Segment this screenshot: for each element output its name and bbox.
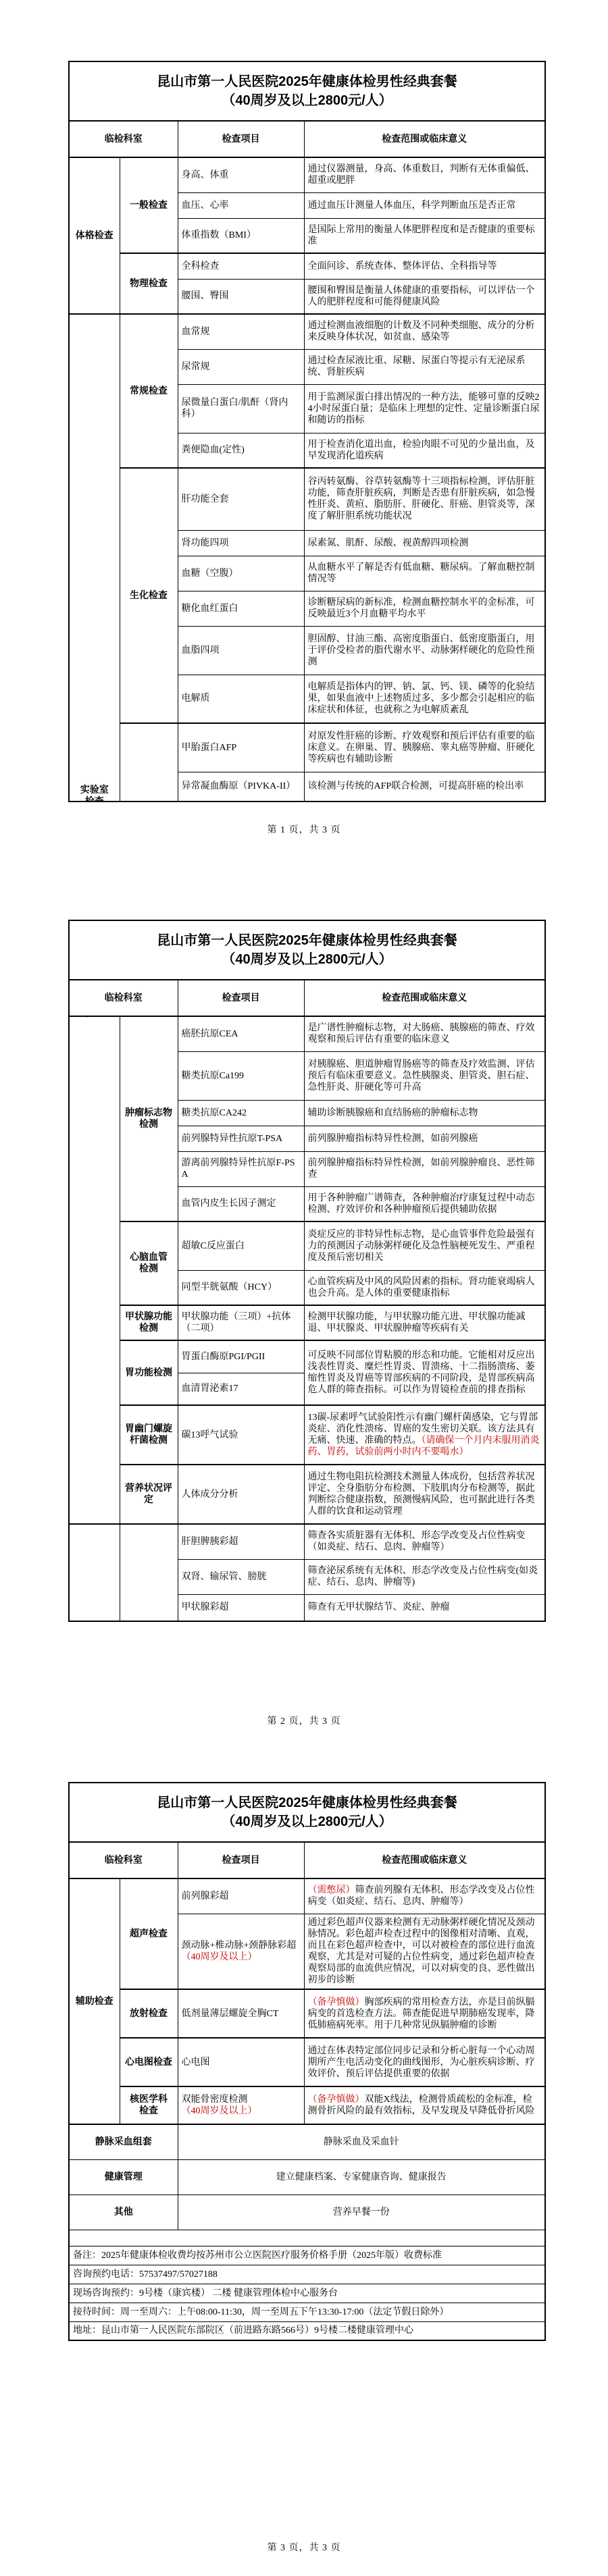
desc-text: 筛查各实质脏器有无体积、形态学改变及占位性病变（如炎症、结石、息肉、肿瘤等）: [308, 1531, 526, 1552]
note-cell: 现场咨询预约：9号楼（康宾楼） 二楼 健康管理体检中心服务台: [69, 2284, 545, 2303]
item-label: 游离前列腺特异性抗原F-PSA: [182, 1158, 295, 1180]
desc-cell: 对原发性肝癌的诊断、疗效观察和预后评估有重要的临床意义。在卵巢、胃、胰腺癌、睾丸…: [304, 723, 545, 772]
desc-cell: 心血管疾病及中风的风险因素的指标。肾功能衰竭病人也会升高。是人体的重要健康指标: [304, 1270, 545, 1305]
desc-cell: 是广谱性肿瘤标志物，对大肠癌、胰腺癌的筛查、疗效观察和预后评估有重要的临床意义: [304, 1016, 545, 1051]
label-line: 检测: [124, 1323, 174, 1334]
item-cell: 胃蛋白酶原PGI/PGII: [178, 1340, 304, 1373]
label-line: 检测: [124, 1263, 174, 1275]
label-line: 定: [124, 1494, 174, 1506]
dept-group-cell: 体格检查: [69, 157, 120, 314]
label-line: 胃功能检测: [124, 1367, 174, 1379]
desc-text: 通过仪器测量，身高、体重数目，判断有无体重偏低、超重或肥胖: [308, 164, 535, 186]
item-cell: 全科检查: [178, 253, 304, 279]
subdept-cell: [120, 1524, 178, 1621]
item-label: 腰围、臀围: [182, 291, 229, 301]
item-cell: 身高、体重: [178, 157, 304, 192]
desc-text: 辅助诊断胰腺癌和直结肠癌的肿瘤标志物: [308, 1108, 478, 1118]
summary-value-cell: 静脉采血及采血针: [178, 2124, 545, 2159]
header-meaning-cell: 检查范围或临床意义: [304, 1842, 545, 1878]
summary-label-cell: 其他: [69, 2194, 178, 2230]
desc-cell: 谷丙转氨酶、谷草转氨酶等十三项指标检测，评估肝脏功能，筛查肝脏疾病，判断是否患有…: [304, 468, 545, 530]
checkup-table-page-3: 昆山市第一人民医院2025年健康体检男性经典套餐（40周岁及以上2800元/人）…: [68, 1782, 546, 2341]
page-title-line: 昆山市第一人民医院2025年健康体检男性经典套餐: [72, 931, 542, 950]
desc-text: 通过生物电阻抗检测技术测量人体成份，包括营养状况评定、全身脂肪分布检测、下肢肌肉…: [308, 1472, 535, 1517]
label-line: 检查: [70, 796, 120, 801]
desc-cell: 全面问诊、系统查体、整体评估、全科指导等: [304, 253, 545, 279]
summary-value-cell: 建立健康档案、专家健康咨询、健康报告: [178, 2159, 545, 2194]
note-cell: 咨询预约电话：57537497/57027188: [69, 2265, 545, 2284]
item-cell: 双能骨密度检测（40周岁及以上）: [178, 2086, 304, 2124]
label-line: 检测: [124, 1119, 174, 1130]
item-label: 心电图: [182, 2057, 210, 2068]
item-cell: 甲胎蛋白AFP: [178, 723, 304, 772]
label-line: 营养状况评: [124, 1483, 174, 1494]
desc-text: 筛查泌尿系统有无体积、形态学改变及占位性病变(如炎症、结石、息肉、肿瘤等): [308, 1566, 538, 1587]
item-label: 双肾、输尿管、膀胱: [182, 1572, 267, 1582]
item-cell: 糖化血红蛋白: [178, 591, 304, 626]
desc-text: 可反映不同部位胃粘膜的形态和功能。它能相对反应出浅表性胃炎、糜烂性胃炎、胃溃疡、…: [308, 1350, 535, 1395]
page-title-line: （40周岁及以上2800元/人）: [72, 1812, 542, 1831]
desc-text: 谷丙转氨酶、谷草转氨酶等十三项指标检测，评估肝脏功能，筛查肝脏疾病，判断是否患有…: [308, 477, 535, 521]
item-label: 全科检查: [182, 261, 220, 271]
item-cell: 碳13呼气试验: [178, 1405, 304, 1465]
item-label: 身高、体重: [182, 170, 229, 180]
clipped-label: 实验室检查: [70, 785, 120, 801]
item-label: 糖化血红蛋白: [182, 604, 238, 614]
label-line: 检查: [124, 2105, 174, 2117]
subdept-cell: 心电图检查: [120, 2038, 178, 2086]
label-line: 辅助检查: [73, 1996, 116, 2007]
note-cell: 接待时间：周一至周六：上午08:00-11:30，周一至周五下午13:30-17…: [69, 2303, 545, 2321]
item-cell: 游离前列腺特异性抗原F-PSA: [178, 1151, 304, 1186]
item-cell: 前列腺特异性抗原T-PSA: [178, 1126, 304, 1151]
desc-cell: 用于检查消化道出血，检验肉眼不可见的少量出血，及早发现消化道疾病: [304, 433, 545, 468]
label-line: 心电图检查: [124, 2057, 174, 2068]
page-title-cell: 昆山市第一人民医院2025年健康体检男性经典套餐（40周岁及以上2800元/人）: [69, 61, 545, 121]
dept-group-cell: 实验室检查: [69, 314, 120, 801]
subdept-cell: 超声检查: [120, 1878, 178, 1989]
item-label: 糖类抗原CA242: [182, 1108, 247, 1118]
dept-group-cell: [69, 1524, 120, 1621]
item-cell: 电解质: [178, 675, 304, 723]
desc-text: 对胰腺癌、胆道肿瘤胃肠癌等的筛查及疗效监测、评估预后有临床重要意义。急性胰腺炎、…: [308, 1059, 535, 1093]
label-line: 生化检查: [124, 590, 174, 602]
page-title-cell: 昆山市第一人民医院2025年健康体检男性经典套餐（40周岁及以上2800元/人）: [69, 920, 545, 980]
desc-text: 通过彩色超声仪器来检测有无动脉粥样硬化情况及颈动脉情况。彩色超声检查过程中的图像…: [308, 1918, 535, 1985]
header-dept-cell: 临检科室: [69, 980, 178, 1016]
desc-cell: 通过在体表特定部位同步记录和分析心脏每一个心动周期所产生电活动变化的曲线图形，为…: [304, 2038, 545, 2086]
item-label: 甲状腺彩超: [182, 1602, 229, 1612]
label-line: 肿瘤标志物: [124, 1107, 174, 1119]
desc-text: 是国际上常用的衡量人体肥胖程度和是否健康的重要标准: [308, 225, 535, 246]
item-cell: 异常凝血酶原（PIVKA-II）: [178, 772, 304, 801]
item-cell: 低剂量薄层螺旋全胸CT: [178, 1989, 304, 2038]
item-cell: 血常规: [178, 314, 304, 349]
desc-cell: 胆固醇、甘油三酯、高密度脂蛋白、低密度脂蛋白，用于评价受检者的脂代谢水平、动脉粥…: [304, 626, 545, 675]
desc-cell: 从血糖水平了解是否有低血糖、糖尿病。了解血糖控制情况等: [304, 556, 545, 591]
item-cell: 腰围、臀围: [178, 279, 304, 314]
label-line: 一般检查: [124, 200, 174, 211]
desc-text: 心血管疾病及中风的风险因素的指标。肾功能衰竭病人也会升高。是人体的重要健康指标: [308, 1277, 535, 1298]
red-note: （40周岁及以上）: [182, 1951, 301, 1963]
desc-cell: 是国际上常用的衡量人体肥胖程度和是否健康的重要标准: [304, 218, 545, 253]
desc-text: 该检测与传统的AFP联合检测，可提高肝癌的检出率: [308, 781, 524, 791]
desc-text: 是广谱性肿瘤标志物，对大肠癌、胰腺癌的筛查、疗效观察和预后评估有重要的临床意义: [308, 1023, 535, 1045]
header-dept-cell: 临检科室: [69, 1842, 178, 1878]
item-cell: 糖类抗原CA242: [178, 1100, 304, 1126]
desc-cell: 筛查各实质脏器有无体积、形态学改变及占位性病变（如炎症、结石、息肉、肿瘤等）: [304, 1524, 545, 1559]
item-label: 血常规: [182, 327, 210, 337]
desc-text: 通过在体表特定部位同步记录和分析心脏每一个心动周期所产生电活动变化的曲线图形，为…: [308, 2046, 535, 2079]
red-note: （需憋尿）: [308, 1885, 355, 1895]
desc-cell: 电解质是指体内的钾、钠、氯、钙、镁、磷等的化验结果，如果血液中上述物质过多、多少…: [304, 675, 545, 723]
item-label: 超敏C反应蛋白: [182, 1241, 245, 1251]
label-line: 核医学科: [124, 2094, 174, 2105]
header-item-cell: 检查项目: [178, 121, 304, 157]
desc-cell: （备孕慎做）胸部疾病的常用检查方法，亦是目前纵膈病变的首选检查方法。筛查能促进早…: [304, 1989, 545, 2038]
label-line: 杆菌检测: [124, 1435, 174, 1446]
desc-text: 筛查有无甲状腺结节、炎症、肿瘤: [308, 1602, 450, 1612]
desc-text: 对原发性肝癌的诊断、疗效观察和预后评估有重要的临床意义。在卵巢、胃、胰腺癌、睾丸…: [308, 731, 535, 764]
desc-cell: 尿素氮、肌酐、尿酸、视黄醇四项检测: [304, 530, 545, 556]
desc-cell: 通过血压计测量人体血压，科学判断血压是否正常: [304, 192, 545, 218]
item-cell: 超敏C反应蛋白: [178, 1221, 304, 1270]
desc-cell: 通过检查尿液比重、尿糖、尿蛋白等提示有无泌尿系统、肾脏疾病: [304, 349, 545, 384]
desc-cell: 诊断糖尿病的新标准，检测血糖控制水平的金标准，可反映最近3个月血糖平均水平: [304, 591, 545, 626]
page-title-line: （40周岁及以上2800元/人）: [72, 950, 542, 969]
desc-cell: 筛查有无甲状腺结节、炎症、肿瘤: [304, 1594, 545, 1621]
desc-cell: 辅助诊断胰腺癌和直结肠癌的肿瘤标志物: [304, 1100, 545, 1126]
label-line: 检查: [70, 1016, 120, 1020]
desc-cell: 通过仪器测量，身高、体重数目，判断有无体重偏低、超重或肥胖: [304, 157, 545, 192]
item-label: 血糖（空腹）: [182, 569, 238, 579]
desc-cell: 该检测与传统的AFP联合检测，可提高肝癌的检出率: [304, 772, 545, 801]
desc-cell: 通过生物电阻抗检测技术测量人体成份，包括营养状况评定、全身脂肪分布检测、下肢肌肉…: [304, 1465, 545, 1524]
desc-cell: 筛查泌尿系统有无体积、形态学改变及占位性病变(如炎症、结石、息肉、肿瘤等): [304, 1559, 545, 1594]
item-cell: 心电图: [178, 2038, 304, 2086]
subdept-cell: 物理检查: [120, 253, 178, 314]
desc-text: 用于监测尿蛋白排出情况的一种方法，能够可靠的反映24小时尿蛋白量；是临床上理想的…: [308, 392, 540, 425]
label-line: 物理检查: [124, 278, 174, 290]
item-cell: 尿常规: [178, 349, 304, 384]
item-label: 血脂四项: [182, 646, 220, 656]
header-meaning-cell: 检查范围或临床意义: [304, 121, 545, 157]
item-cell: 同型半胱氨酸（HCY）: [178, 1270, 304, 1305]
desc-cell: 通过彩色超声仪器来检测有无动脉粥样硬化情况及颈动脉情况。彩色超声检查过程中的图像…: [304, 1914, 545, 1989]
item-label: 电解质: [182, 693, 210, 704]
item-label: 甲状腺功能（三项）+抗体（二项）: [182, 1312, 291, 1334]
desc-text: 全面问诊、系统查体、整体评估、全科指导等: [308, 261, 497, 271]
desc-cell: 腰围和臀围是衡量人体健康的重要指标，可以评估一个人的肥胖程度和可能得健康风险: [304, 279, 545, 314]
label-line: 常规检查: [124, 386, 174, 397]
item-label: 血清胃泌素17: [182, 1384, 238, 1394]
item-label: 胃蛋白酶原PGI/PGII: [182, 1352, 265, 1362]
label-line: 体格检查: [73, 230, 116, 242]
desc-cell: 前列腺肿瘤指标特异性检测，如前列腺肿瘤良、恶性筛查: [304, 1151, 545, 1186]
item-cell: 癌胚抗原CEA: [178, 1016, 304, 1051]
subdept-cell: 胃幽门螺旋杆菌检测: [120, 1405, 178, 1465]
desc-text: 前列腺肿瘤指标特异性检测，如前列腺癌: [308, 1134, 478, 1144]
item-cell: 糖类抗原Ca199: [178, 1051, 304, 1100]
item-cell: 肝功能全套: [178, 468, 304, 530]
item-label: 肝胆脾胰彩超: [182, 1537, 238, 1547]
desc-cell: 炎症反应的非特异性标志物，是心血管事件危险最强有力的预测因子动脉粥样硬化及急性脑…: [304, 1221, 545, 1270]
desc-cell: 用于监测尿蛋白排出情况的一种方法，能够可靠的反映24小时尿蛋白量；是临床上理想的…: [304, 384, 545, 433]
header-meaning-cell: 检查范围或临床意义: [304, 980, 545, 1016]
item-label: 低剂量薄层螺旋全胸CT: [182, 2009, 279, 2019]
desc-cell: （备孕慎做）双能X线法，检测骨质疏松的金标准，检测骨折风险的最有效指标，及早发现…: [304, 2086, 545, 2124]
item-label: 糖类抗原Ca199: [182, 1071, 245, 1081]
item-label: 粪便隐血(定性): [182, 445, 245, 455]
header-dept-cell: 临检科室: [69, 121, 178, 157]
label-line: 甲状腺功能: [124, 1311, 174, 1323]
desc-text: 通过检查尿液比重、尿糖、尿蛋白等提示有无泌尿系统、肾脏疾病: [308, 356, 526, 377]
red-note: （40周岁及以上）: [182, 2105, 301, 2117]
desc-text: 检测甲状腺功能，与甲状腺功能亢进、甲状腺功能减退、甲状腺炎、甲状腺肿瘤等疾病有关: [308, 1312, 526, 1334]
subdept-cell: 一般检查: [120, 157, 178, 253]
desc-cell: 可反映不同部位胃粘膜的形态和功能。它能相对反应出浅表性胃炎、糜烂性胃炎、胃溃疡、…: [304, 1340, 545, 1405]
item-label: 颈动脉+椎动脉+颈静脉彩超: [182, 1941, 297, 1951]
item-cell: 甲状腺功能（三项）+抗体（二项）: [178, 1305, 304, 1340]
subdept-cell: 肿瘤标志物检测: [120, 1016, 178, 1221]
red-note: （备孕慎做）: [308, 2095, 365, 2105]
item-label: 血压、心率: [182, 201, 229, 211]
item-cell: 尿微量白蛋白/肌酐（肾内科）: [178, 384, 304, 433]
checkup-table-page-1: 昆山市第一人民医院2025年健康体检男性经典套餐（40周岁及以上2800元/人）…: [68, 61, 546, 802]
item-label: 肝功能全套: [182, 494, 229, 504]
item-cell: 肾功能四项: [178, 530, 304, 556]
clipped-label: 检查: [70, 1016, 120, 1020]
desc-text: 炎症反应的非特异性标志物，是心血管事件危险最强有力的预测因子动脉粥样硬化及急性脑…: [308, 1230, 535, 1263]
page-footer-1: 第 1 页，共 3 页: [0, 822, 608, 836]
subdept-cell: 放射检查: [120, 1989, 178, 2038]
item-label: 血管内皮生长因子测定: [182, 1199, 276, 1209]
item-cell: 粪便隐血(定性): [178, 433, 304, 468]
label-line: 超声检查: [124, 1928, 174, 1940]
subdept-cell: [120, 723, 178, 801]
dept-group-cell: 检查: [69, 1016, 120, 1524]
item-cell: 血压、心率: [178, 192, 304, 218]
page-title-line: （40周岁及以上2800元/人）: [72, 91, 542, 110]
subdept-cell: 营养状况评定: [120, 1465, 178, 1524]
item-cell: 体重指数（BMI）: [178, 218, 304, 253]
summary-label-cell: 健康管理: [69, 2159, 178, 2194]
item-cell: 前列腺彩超: [178, 1878, 304, 1914]
desc-cell: 前列腺肿瘤指标特异性检测，如前列腺癌: [304, 1126, 545, 1151]
desc-text: 用于各种肿瘤广谱筛查，各种肿瘤治疗康复过程中动态检测、疗效评价和各种肿瘤预后提供…: [308, 1193, 535, 1215]
subdept-cell: 甲状腺功能检测: [120, 1305, 178, 1340]
summary-label-cell: 静脉采血组套: [69, 2124, 178, 2159]
desc-cell: 对胰腺癌、胆道肿瘤胃肠癌等的筛查及疗效监测、评估预后有临床重要意义。急性胰腺炎、…: [304, 1051, 545, 1100]
desc-text: 诊断糖尿病的新标准，检测血糖控制水平的金标准，可反映最近3个月血糖平均水平: [308, 598, 535, 619]
desc-text: 腰围和臀围是衡量人体健康的重要指标，可以评估一个人的肥胖程度和可能得健康风险: [308, 286, 535, 307]
note-cell: 地址：昆山市第一人民医院东部院区（前进路东路566号）9号楼二楼健康管理中心: [69, 2321, 545, 2340]
label-line: 实验室: [70, 785, 120, 796]
dept-group-cell: 辅助检查: [69, 1878, 120, 2124]
header-item-cell: 检查项目: [178, 1842, 304, 1878]
subdept-cell: 生化检查: [120, 468, 178, 723]
desc-text: 尿素氮、肌酐、尿酸、视黄醇四项检测: [308, 538, 469, 548]
item-label: 肾功能四项: [182, 538, 229, 548]
desc-cell: 用于各种肿瘤广谱筛查，各种肿瘤治疗康复过程中动态检测、疗效评价和各种肿瘤预后提供…: [304, 1186, 545, 1221]
item-cell: 甲状腺彩超: [178, 1594, 304, 1621]
item-cell: 血脂四项: [178, 626, 304, 675]
subdept-cell: 心脑血管检测: [120, 1221, 178, 1305]
item-label: 癌胚抗原CEA: [182, 1029, 238, 1039]
spacer-cell: [69, 2230, 545, 2246]
desc-cell: 检测甲状腺功能，与甲状腺功能亢进、甲状腺功能减退、甲状腺炎、甲状腺肿瘤等疾病有关: [304, 1305, 545, 1340]
desc-text: 用于检查消化道出血，检验肉眼不可见的少量出血，及早发现消化道疾病: [308, 440, 535, 461]
header-item-cell: 检查项目: [178, 980, 304, 1016]
desc-cell: 13碳-尿素呼气试验阳性示有幽门螺杆菌感染，它与胃部炎症、消化性溃疡、胃癌的发生…: [304, 1405, 545, 1465]
page-footer-3: 第 3 页，共 3 页: [0, 2540, 608, 2554]
page-title-line: 昆山市第一人民医院2025年健康体检男性经典套餐: [72, 1793, 542, 1812]
checkup-table-page-2: 昆山市第一人民医院2025年健康体检男性经典套餐（40周岁及以上2800元/人）…: [68, 920, 546, 1622]
desc-text: 通过血压计测量人体血压，科学判断血压是否正常: [308, 201, 516, 211]
note-cell: 备注：2025年健康体检收费均按苏州市公立医院医疗服务价格手册（2025年版）收…: [69, 2246, 545, 2265]
item-cell: 血清胃泌素17: [178, 1373, 304, 1405]
desc-cell: （需憋尿）筛查前列腺有无体积、形态学改变及占位性病变（如炎症、结石、息肉、肿瘤等…: [304, 1878, 545, 1914]
item-label: 前列腺彩超: [182, 1891, 229, 1901]
item-label: 尿微量白蛋白/肌酐（肾内科）: [182, 398, 288, 419]
item-label: 前列腺特异性抗原T-PSA: [182, 1134, 283, 1144]
page-title-cell: 昆山市第一人民医院2025年健康体检男性经典套餐（40周岁及以上2800元/人）: [69, 1783, 545, 1842]
item-cell: 颈动脉+椎动脉+颈静脉彩超（40周岁及以上）: [178, 1914, 304, 1989]
item-cell: 双肾、输尿管、膀胱: [178, 1559, 304, 1594]
item-cell: 血管内皮生长因子测定: [178, 1186, 304, 1221]
desc-text: 电解质是指体内的钾、钠、氯、钙、镁、磷等的化验结果，如果血液中上述物质过多、多少…: [308, 682, 535, 715]
subdept-cell: 胃功能检测: [120, 1340, 178, 1405]
item-label: 异常凝血酶原（PIVKA-II）: [182, 781, 296, 791]
item-label: 尿常规: [182, 362, 210, 372]
subdept-cell: 常规检查: [120, 314, 178, 468]
label-line: 放射检查: [124, 2008, 174, 2020]
item-cell: 血糖（空腹）: [178, 556, 304, 591]
item-label: 同型半胱氨酸（HCY）: [182, 1282, 278, 1292]
desc-cell: 通过检测血液细胞的计数及不同种类细胞、成分的分析来反映身体状况，如贫血、感染等: [304, 314, 545, 349]
desc-text: 通过检测血液细胞的计数及不同种类细胞、成分的分析来反映身体状况，如贫血、感染等: [308, 321, 535, 342]
page-footer-2: 第 2 页，共 3 页: [0, 1714, 608, 1727]
item-label: 碳13呼气试验: [182, 1430, 238, 1440]
desc-text: 从血糖水平了解是否有低血糖、糖尿病。了解血糖控制情况等: [308, 562, 535, 584]
summary-value-cell: 营养早餐一份: [178, 2194, 545, 2230]
item-label: 人体成分分析: [182, 1490, 238, 1500]
item-cell: 人体成分分析: [178, 1465, 304, 1524]
desc-text: 前列腺肿瘤指标特异性检测，如前列腺肿瘤良、恶性筛查: [308, 1158, 535, 1180]
red-note: （备孕慎做）: [308, 1997, 365, 2007]
desc-text: 胆固醇、甘油三酯、高密度脂蛋白、低密度脂蛋白，用于评价受检者的脂代谢水平、动脉粥…: [308, 634, 535, 667]
document-canvas: 昆山市第一人民医院2025年健康体检男性经典套餐（40周岁及以上2800元/人）…: [0, 0, 608, 2576]
item-label: 甲胎蛋白AFP: [182, 743, 237, 753]
label-line: 心脑血管: [124, 1252, 174, 1263]
subdept-cell: 核医学科检查: [120, 2086, 178, 2124]
item-cell: 肝胆脾胰彩超: [178, 1524, 304, 1559]
label-line: 胃幽门螺旋: [124, 1423, 174, 1435]
item-label: 双能骨密度检测: [182, 2095, 248, 2105]
page-title-line: 昆山市第一人民医院2025年健康体检男性经典套餐: [72, 72, 542, 91]
item-label: 体重指数（BMI）: [182, 230, 256, 240]
